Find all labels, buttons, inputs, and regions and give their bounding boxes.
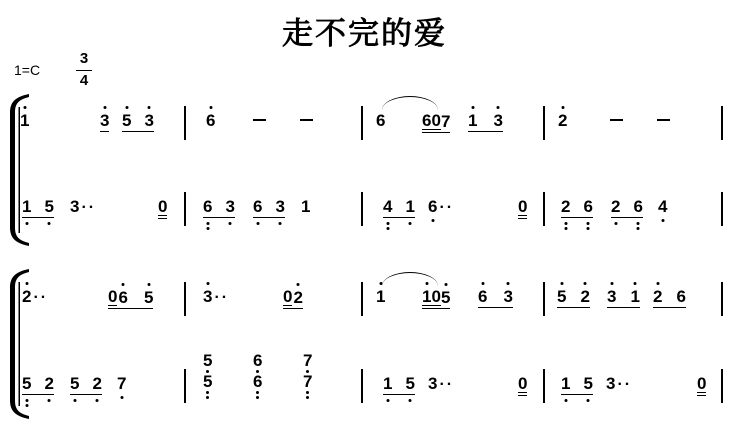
note: 6 <box>376 112 385 129</box>
octave-dots-above <box>656 282 659 285</box>
octave-dot <box>148 106 151 109</box>
note-digit: 3 <box>70 197 79 216</box>
note-digit: 5 <box>557 287 566 306</box>
octave-dots-below <box>564 222 567 230</box>
octave-dot <box>564 227 567 230</box>
time-signature-numerator: 3 <box>76 50 92 71</box>
octave-dots-above <box>481 282 484 285</box>
note-cell: 3·· <box>428 375 437 392</box>
augmentation-dots: ·· <box>33 290 48 306</box>
note-digit: 5 <box>122 111 131 130</box>
note: 4 <box>658 198 667 215</box>
note-cell: 63 <box>203 198 235 218</box>
octave-dot <box>587 399 590 402</box>
barline <box>184 192 186 226</box>
beam-group: 0 <box>697 375 706 396</box>
octave-dots-below <box>73 399 76 402</box>
octave-dot <box>444 283 447 286</box>
octave-dot <box>587 227 590 230</box>
note: 5 <box>144 289 153 306</box>
note: 1 <box>468 112 477 129</box>
chord: 77 <box>303 352 312 399</box>
octave-dot <box>256 391 259 394</box>
octave-dots-above <box>561 106 564 109</box>
note: 7 <box>117 375 126 392</box>
octave-dot <box>229 222 232 225</box>
augmentation-dots: ·· <box>439 200 454 216</box>
note-cell: 0 <box>697 375 706 396</box>
octave-dots-above <box>125 106 128 109</box>
note-cell: 6 <box>376 112 385 129</box>
note-cell: 52 <box>22 375 54 395</box>
octave-dot <box>23 106 26 109</box>
octave-dot <box>409 399 412 402</box>
rest-note: 0 <box>158 198 167 215</box>
note-cell: 26 <box>561 198 593 218</box>
octave-dot <box>206 396 209 399</box>
chord: 66 <box>253 352 262 399</box>
beam-group: 31 <box>607 288 640 308</box>
note: 3·· <box>70 198 79 215</box>
note-digit: 2 <box>92 374 101 393</box>
note-digit: 1 <box>561 374 570 393</box>
beam-group: 0 <box>518 198 527 219</box>
octave-dots-below <box>96 399 99 402</box>
octave-dot <box>564 222 567 225</box>
octave-dots-below <box>206 391 209 399</box>
barline <box>543 192 545 226</box>
beam-group: 0 <box>518 198 527 216</box>
augmentation-dots: ·· <box>617 377 632 393</box>
note: 6 <box>206 112 215 129</box>
note: 1 <box>20 112 29 129</box>
beam-group: 60 <box>422 112 441 130</box>
note-digit: 3 <box>275 197 284 216</box>
note-digit: 3 <box>503 287 512 306</box>
beam-group: 065 <box>108 288 153 309</box>
note: 3 <box>144 112 153 129</box>
note-digit: 5 <box>203 373 212 390</box>
note-digit: 3 <box>100 111 109 130</box>
note-cell: 4 <box>658 198 667 215</box>
note: 6 <box>422 112 431 129</box>
note: 6 <box>118 289 127 306</box>
note-digit: 3 <box>225 197 234 216</box>
note-digit: 3 <box>606 374 615 393</box>
beam-group: 0 <box>283 288 292 306</box>
note-digit: 3 <box>428 374 437 393</box>
note-cell: 63 <box>478 288 513 308</box>
octave-dot <box>48 399 51 402</box>
staff-system: 2··0653··0211056352312652527556677153··0… <box>0 268 729 420</box>
note: 5 <box>583 375 592 392</box>
beam-group: 0 <box>697 375 706 393</box>
octave-dot <box>637 222 640 225</box>
barline <box>361 282 363 316</box>
octave-dot <box>256 222 259 225</box>
octave-dot <box>25 282 28 285</box>
octave-dots-below <box>587 399 590 402</box>
note-digit: 6 <box>253 197 262 216</box>
note-cell: 3 <box>100 112 109 132</box>
note-digit: 3 <box>203 287 212 306</box>
note: 1 <box>383 375 392 392</box>
octave-dots-below <box>637 222 640 230</box>
octave-dots-below <box>431 219 434 222</box>
octave-dot <box>471 106 474 109</box>
octave-dot <box>147 283 150 286</box>
note: 6 <box>676 288 685 305</box>
chord: 55 <box>203 352 212 399</box>
note-cell: 1 <box>376 288 385 305</box>
beam-group: 0 <box>518 375 527 396</box>
note-digit: 6 <box>376 111 385 130</box>
note-cell: 15 <box>383 375 415 395</box>
beam-group: 02 <box>283 288 303 309</box>
barline <box>184 369 186 403</box>
note-digit: 2 <box>653 287 662 306</box>
octave-dots-above <box>471 106 474 109</box>
note: 3·· <box>428 375 437 392</box>
note: 1 <box>405 198 414 215</box>
note: 6 <box>253 198 262 215</box>
note: 6 <box>583 198 592 215</box>
note-digit: 0 <box>431 287 440 306</box>
note: 1 <box>22 198 31 215</box>
octave-dots-below <box>587 222 590 230</box>
note-digit: 1 <box>383 374 392 393</box>
octave-dots-below <box>229 222 232 225</box>
note-digit: 1 <box>422 287 431 306</box>
octave-dot <box>209 106 212 109</box>
octave-dots-above <box>148 106 151 109</box>
note: 6 <box>633 198 642 215</box>
octave-dots-below <box>386 222 389 230</box>
beam-group: 607 <box>422 112 450 133</box>
beam-group: 63 <box>253 198 285 218</box>
barline <box>721 106 723 140</box>
sheet-music-page: 走不完的爱 1=C 3 4 135366607132153··063631416… <box>0 0 729 443</box>
note-cell: 3·· <box>70 198 79 215</box>
note: 3·· <box>203 288 212 305</box>
note-digit: 2 <box>558 111 567 130</box>
octave-dot <box>634 282 637 285</box>
note-digit: 5 <box>441 288 450 307</box>
barline <box>721 369 723 403</box>
octave-dot <box>507 282 510 285</box>
note-digit: 6 <box>422 111 431 130</box>
note-digit: 6 <box>118 288 127 307</box>
octave-dots-above <box>147 283 150 286</box>
barline <box>361 106 363 140</box>
beam-group: 26 <box>611 198 643 218</box>
time-signature: 3 4 <box>71 50 97 90</box>
beam-group: 3 <box>100 112 109 132</box>
note-digit: 1 <box>22 197 31 216</box>
octave-dots-above <box>209 106 212 109</box>
note: 5 <box>441 289 450 306</box>
note-cell: 15 <box>22 198 54 218</box>
octave-dots-above <box>560 282 563 285</box>
note-digit: 1 <box>376 287 385 306</box>
barline <box>361 369 363 403</box>
octave-dot <box>120 396 123 399</box>
note-cell: 3·· <box>606 375 615 392</box>
note: 7 <box>441 113 450 130</box>
augmentation-dots: ·· <box>439 377 454 393</box>
octave-dot <box>656 282 659 285</box>
octave-dot <box>610 282 613 285</box>
note-digit: 7 <box>441 112 450 131</box>
note: 1 <box>422 288 431 305</box>
octave-dot <box>256 396 259 399</box>
note: 3·· <box>606 375 615 392</box>
note-cell: 2 <box>558 112 567 129</box>
octave-dot <box>122 283 125 286</box>
beam-group: 63 <box>478 288 513 308</box>
song-title: 走不完的爱 <box>0 18 729 49</box>
beam-group: 13 <box>468 112 503 132</box>
note: 2 <box>561 198 570 215</box>
note: 1 <box>376 288 385 305</box>
rest-note: 0 <box>518 375 527 392</box>
beam-group: 52 <box>557 288 590 308</box>
note: 5 <box>22 375 31 392</box>
note-cell: 607 <box>422 112 450 133</box>
note: 3 <box>503 288 512 305</box>
rest-note: 0 <box>431 288 440 305</box>
note-digit: 0 <box>283 287 292 306</box>
octave-dot <box>497 106 500 109</box>
note: 2 <box>558 112 567 129</box>
octave-dot <box>386 399 389 402</box>
octave-dots-above <box>444 283 447 286</box>
barline <box>543 106 545 140</box>
octave-dot <box>409 222 412 225</box>
note-cell: 63 <box>253 198 285 218</box>
octave-dots-above <box>23 106 26 109</box>
octave-dots-above <box>297 283 300 286</box>
key-signature: 1=C <box>14 63 40 77</box>
octave-dots-below <box>25 399 28 407</box>
beam-group: 15 <box>22 198 54 218</box>
note-cell: 6·· <box>428 198 437 215</box>
note-digit: 6 <box>478 287 487 306</box>
octave-dot <box>661 219 664 222</box>
note-cell: 1 <box>301 198 310 215</box>
note: 5 <box>122 112 131 129</box>
octave-dot <box>25 222 28 225</box>
note-cell: 15 <box>561 375 593 395</box>
note: 2 <box>653 288 662 305</box>
octave-dots-below <box>614 222 617 225</box>
note-digit: 5 <box>44 197 53 216</box>
beam-group: 0 <box>158 198 167 219</box>
note-digit: 1 <box>20 111 29 130</box>
note-digit: 3 <box>493 111 502 130</box>
octave-dots-above <box>507 282 510 285</box>
beam-group: 15 <box>561 375 593 395</box>
rest-note: 0 <box>108 288 117 305</box>
note-cell: 02 <box>283 288 303 309</box>
octave-dots-below <box>409 222 412 225</box>
octave-dot <box>206 391 209 394</box>
octave-dots-above <box>610 282 613 285</box>
note-digit: 0 <box>518 374 527 393</box>
note-cell: 7 <box>117 375 126 392</box>
rest-note: 0 <box>518 198 527 215</box>
note-digit: 5 <box>144 288 153 307</box>
octave-dot <box>103 106 106 109</box>
note-digit: 6 <box>583 197 592 216</box>
note-digit: 1 <box>301 197 310 216</box>
note-cell: 3·· <box>203 288 212 305</box>
rest-note: 0 <box>431 112 440 129</box>
note: 2 <box>293 289 302 306</box>
note-digit: 7 <box>303 352 312 369</box>
note-cell: 1 <box>20 112 29 129</box>
note-digit: 5 <box>405 374 414 393</box>
note-digit: 1 <box>630 287 639 306</box>
beam-group: 26 <box>653 288 686 308</box>
note-cell: 26 <box>611 198 643 218</box>
octave-dot <box>584 282 587 285</box>
augmentation-dots: ·· <box>81 200 96 216</box>
note-digit: 4 <box>383 197 392 216</box>
note-cell: 0 <box>518 375 527 396</box>
note: 4 <box>383 198 392 215</box>
octave-dots-above <box>103 106 106 109</box>
octave-dot <box>587 222 590 225</box>
note-cell: 26 <box>653 288 686 308</box>
note: 5 <box>405 375 414 392</box>
octave-dots-below <box>48 399 51 402</box>
tie-slur <box>382 272 438 286</box>
duration-dash <box>253 119 266 121</box>
note: 2 <box>611 198 620 215</box>
octave-dots-above <box>206 282 209 285</box>
rest-note: 0 <box>697 375 706 392</box>
note: 5 <box>70 375 79 392</box>
octave-dot <box>306 391 309 394</box>
octave-dots-above <box>497 106 500 109</box>
beam-group: 0 <box>158 198 167 216</box>
note-digit: 2 <box>44 374 53 393</box>
octave-dots-below <box>386 399 389 402</box>
octave-dots-below <box>661 219 664 222</box>
octave-dots-above <box>122 283 125 286</box>
augmentation-dots: ·· <box>214 290 229 306</box>
beam-group: 63 <box>203 198 235 218</box>
note-digit: 6 <box>253 352 262 369</box>
note-digit: 2 <box>561 197 570 216</box>
duration-dash <box>657 119 670 121</box>
octave-dots-above <box>584 282 587 285</box>
beam-group: 52 <box>22 375 54 395</box>
note-digit: 5 <box>70 374 79 393</box>
note-digit: 7 <box>303 373 312 390</box>
octave-dots-below <box>279 222 282 225</box>
note-cell: 2·· <box>22 288 31 305</box>
octave-dot <box>206 227 209 230</box>
tie-slur <box>382 96 438 110</box>
note-digit: 4 <box>658 197 667 216</box>
note: 3 <box>607 288 616 305</box>
beam-group: 0 <box>108 288 117 306</box>
note-digit: 2 <box>22 287 31 306</box>
note-cell: 41 <box>383 198 415 218</box>
duration-dash <box>300 119 313 121</box>
note-digit: 5 <box>22 374 31 393</box>
barline <box>361 192 363 226</box>
note-cell: 13 <box>468 112 503 132</box>
barline <box>721 192 723 226</box>
octave-dots-above <box>379 282 382 285</box>
octave-dot <box>637 227 640 230</box>
note-digit: 3 <box>607 287 616 306</box>
note-cell: 0 <box>158 198 167 219</box>
octave-dot <box>386 227 389 230</box>
octave-dot <box>125 106 128 109</box>
beam-group: 0 <box>518 375 527 393</box>
octave-dot <box>206 222 209 225</box>
duration-dash <box>610 119 623 121</box>
note-cell: 0 <box>518 198 527 219</box>
octave-dot <box>379 282 382 285</box>
octave-dot <box>481 282 484 285</box>
rest-note: 0 <box>283 288 292 305</box>
octave-dot <box>206 282 209 285</box>
octave-dots-below <box>206 222 209 230</box>
octave-dots-below <box>409 399 412 402</box>
note: 1 <box>301 198 310 215</box>
note-cell: 6 <box>206 112 215 129</box>
note-digit: 6 <box>633 197 642 216</box>
octave-dot <box>306 396 309 399</box>
octave-dot <box>614 222 617 225</box>
beam-group: 15 <box>383 375 415 395</box>
note: 6·· <box>428 198 437 215</box>
note: 3 <box>275 198 284 215</box>
note-digit: 2 <box>611 197 620 216</box>
note: 1 <box>561 375 570 392</box>
note-cell: 52 <box>70 375 102 395</box>
barline <box>543 369 545 403</box>
note-digit: 0 <box>697 374 706 393</box>
octave-dot <box>561 106 564 109</box>
note-digit: 1 <box>405 197 414 216</box>
octave-dot <box>386 222 389 225</box>
note-digit: 0 <box>431 111 440 130</box>
note: 5 <box>44 198 53 215</box>
beam-group: 105 <box>422 288 450 309</box>
note-cell: 53 <box>122 112 154 132</box>
note-digit: 5 <box>583 374 592 393</box>
note: 5 <box>557 288 566 305</box>
note: 2 <box>44 375 53 392</box>
octave-dots-below <box>25 222 28 225</box>
octave-dots-below <box>48 222 51 225</box>
barline <box>721 282 723 316</box>
note: 3 <box>225 198 234 215</box>
octave-dot <box>564 399 567 402</box>
note-digit: 0 <box>158 197 167 216</box>
note-cell: 105 <box>422 288 450 309</box>
note-digit: 5 <box>203 352 212 369</box>
octave-dots-below <box>256 222 259 225</box>
note: 1 <box>630 288 639 305</box>
note: 6 <box>203 198 212 215</box>
